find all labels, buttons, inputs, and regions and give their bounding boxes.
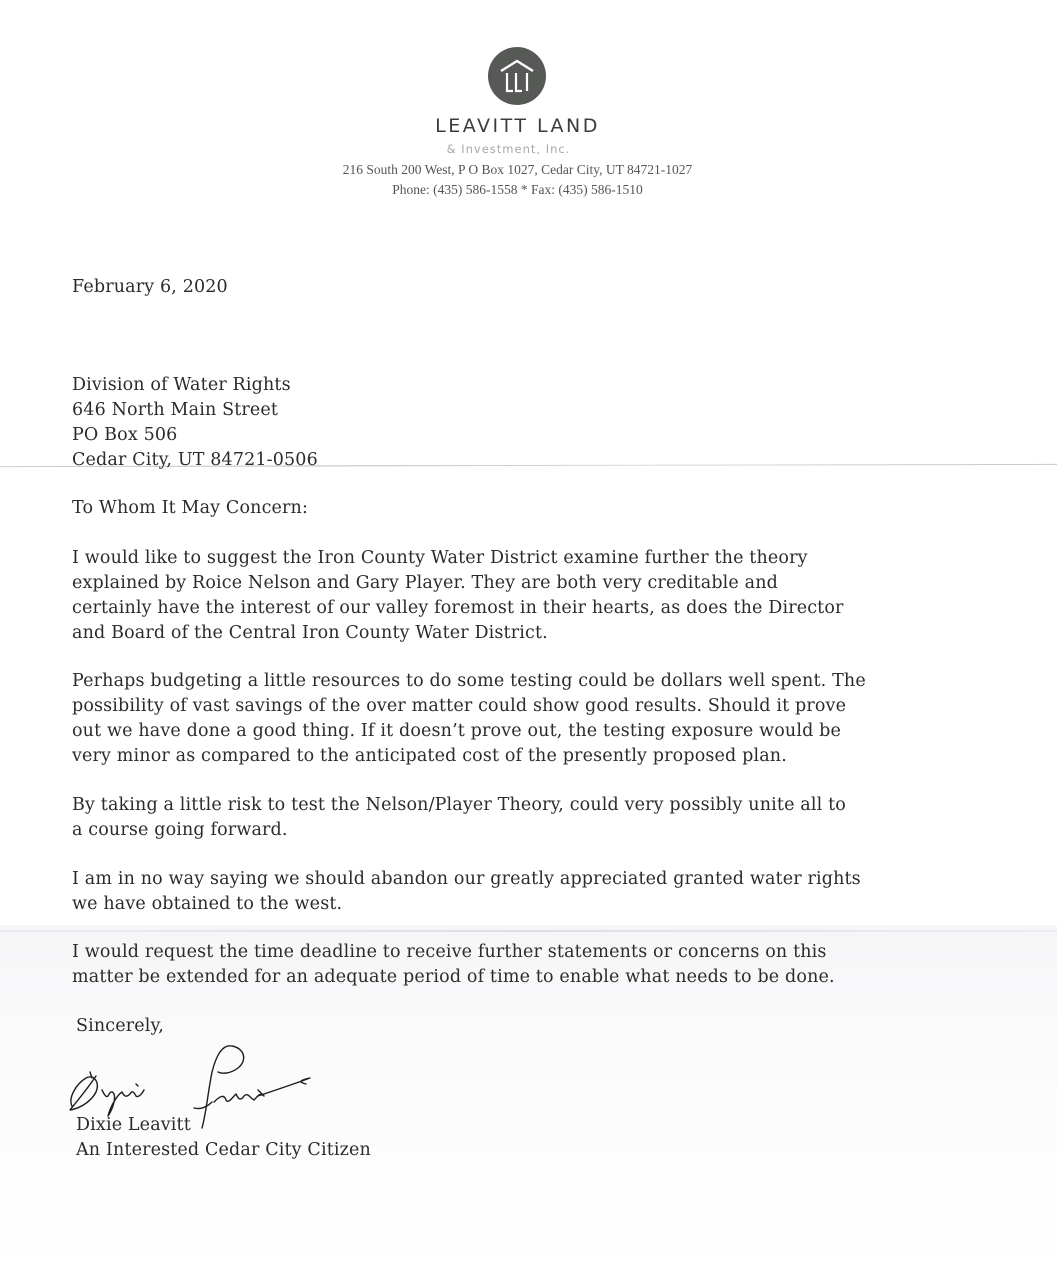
recipient-line: 646 North Main Street: [72, 400, 278, 420]
company-name: LEAVITT LAND: [0, 115, 1035, 137]
paragraph-line: a course going forward.: [72, 818, 846, 843]
paper-fold-line-lower: [0, 930, 1057, 932]
salutation: To Whom It May Concern:: [72, 498, 308, 518]
paragraph-line: out we have done a good thing. If it doe…: [72, 719, 866, 744]
paragraph-1: I would like to suggest the Iron County …: [72, 546, 844, 646]
paragraph-line: By taking a little risk to test the Nels…: [72, 793, 846, 818]
signer-title: An Interested Cedar City Citizen: [76, 1140, 371, 1160]
paragraph-line: very minor as compared to the anticipate…: [72, 744, 866, 769]
company-subtitle: & Investment, Inc.: [0, 142, 1017, 156]
paragraph-4: I am in no way saying we should abandon …: [72, 867, 861, 917]
closing: Sincerely,: [76, 1016, 164, 1036]
paragraph-line: I am in no way saying we should abandon …: [72, 867, 861, 892]
company-logo-icon: [488, 47, 546, 105]
paragraph-line: possibility of vast savings of the over …: [72, 694, 866, 719]
paragraph-line: explained by Roice Nelson and Gary Playe…: [72, 571, 844, 596]
paragraph-line: and Board of the Central Iron County Wat…: [72, 621, 844, 646]
recipient-line: Cedar City, UT 84721-0506: [72, 450, 318, 470]
signer-name: Dixie Leavitt: [76, 1115, 191, 1135]
paragraph-line: matter be extended for an adequate perio…: [72, 965, 835, 990]
paragraph-line: certainly have the interest of our valle…: [72, 596, 844, 621]
paragraph-line: Perhaps budgeting a little resources to …: [72, 669, 866, 694]
company-phone-fax: Phone: (435) 586-1558 * Fax: (435) 586-1…: [0, 182, 1035, 198]
paragraph-2: Perhaps budgeting a little resources to …: [72, 669, 866, 769]
paragraph-line: we have obtained to the west.: [72, 892, 861, 917]
recipient-line: PO Box 506: [72, 425, 177, 445]
paragraph-3: By taking a little risk to test the Nels…: [72, 793, 846, 843]
paragraph-line: I would like to suggest the Iron County …: [72, 546, 844, 571]
letter-page: LEAVITT LAND & Investment, Inc. 216 Sout…: [0, 0, 1057, 1270]
company-address: 216 South 200 West, P O Box 1027, Cedar …: [0, 162, 1035, 178]
paragraph-5: I would request the time deadline to rec…: [72, 940, 835, 990]
letter-date: February 6, 2020: [72, 277, 228, 297]
house-roof-icon: [488, 47, 546, 105]
paragraph-line: I would request the time deadline to rec…: [72, 940, 835, 965]
recipient-line: Division of Water Rights: [72, 375, 291, 395]
